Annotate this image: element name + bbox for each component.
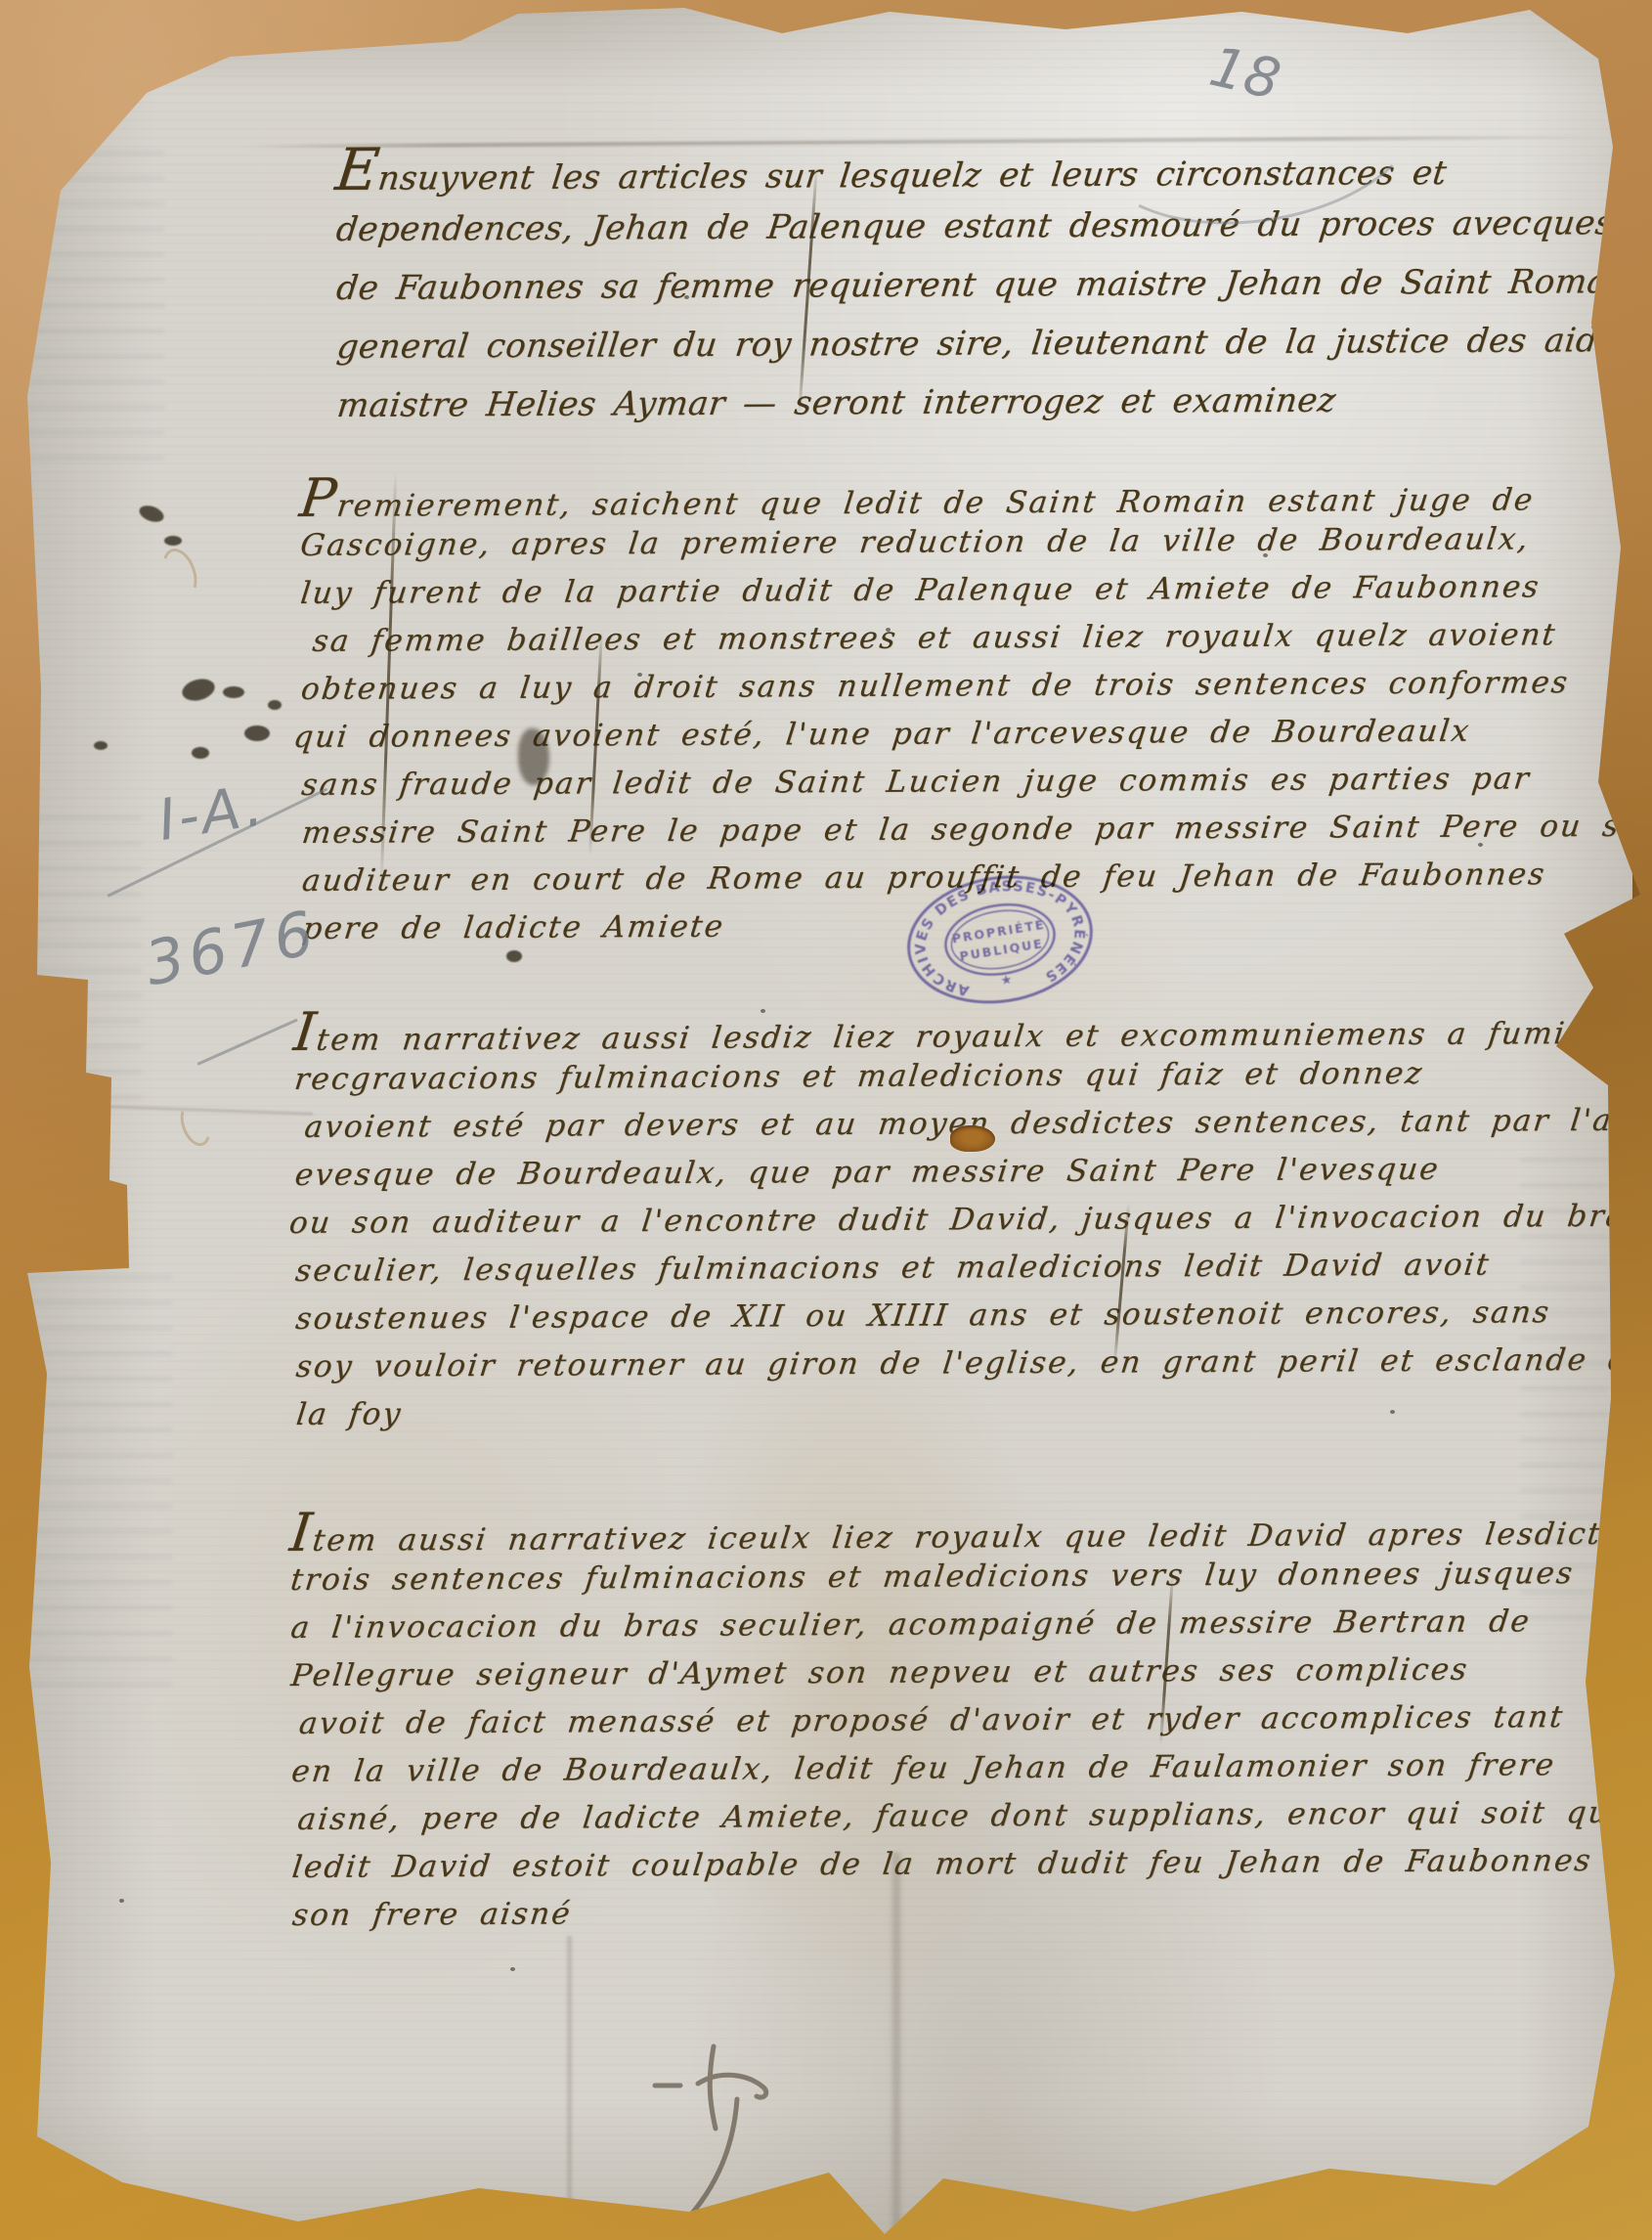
speck [761,1009,765,1013]
ink-blot [192,747,209,759]
manuscript-line: messire Saint Pere le pape et la segonde… [299,803,1652,857]
manuscript-line: soustenues l'espace de XII ou XIIII ans … [293,1289,1652,1343]
chalk-mark [156,544,203,602]
speck [1390,1410,1395,1414]
manuscript-line: seculier, lesquelles fulminacions et mal… [293,1241,1652,1296]
manuscript-line: son frere aisné [289,1885,1645,1940]
speck [1263,553,1268,557]
manuscript-line: ledit David estoit coulpable de la mort … [289,1837,1645,1892]
pencil-cote: I-A. [153,771,270,854]
manuscript-line: maistre Helies Aymar — seront interrogez… [334,370,1652,435]
pencil-underline-stroke [196,1019,298,1066]
manuscript-line: recgravacions fulminacions et maledicion… [292,1049,1652,1104]
manuscript-line: Gascoigne, apres la premiere reduction d… [298,515,1652,570]
speck [637,673,642,677]
manuscript-line: aisné, pere de ladicte Amiete, fauce don… [295,1789,1645,1844]
ink-blot [223,686,244,698]
speck [348,1316,353,1320]
manuscript-line: evesque de Bourdeaulx, que par messire S… [292,1145,1652,1200]
manuscript-line: Item aussi narrativez iceulx liez royaul… [287,1502,1643,1557]
manuscript-line: obtenues a luy a droit sans nullement de… [298,659,1652,714]
manuscript-paragraph: Item narrativez aussi lesdiz liez royaul… [291,1001,1652,1439]
manuscript-line: ou son auditeur a l'encontre dudit David… [286,1193,1652,1248]
verso-bleedthrough [25,1276,172,1687]
speck [1478,843,1483,847]
manuscript-line: Ensuyvent les articles sur lesquelz et l… [332,135,1652,200]
manuscript-line: soy vouloir retourner au giron de l'egli… [293,1337,1652,1391]
manuscript-line: Pellegrue seigneur d'Aymet son nepveu et… [288,1646,1644,1700]
stamp-star-icon: ★ [1000,973,1014,989]
manuscript-line: qui donnees avoient esté, l'une par l'ar… [291,707,1652,762]
manuscript-line: sa femme baillees et monstrees et aussi … [310,611,1652,666]
speck [886,628,891,632]
archive-stamp: ARCHIVES DES BASSES-PYRÉNÉES PROPRIÉTÉ P… [884,850,1115,1030]
chalk-mark [175,1099,216,1151]
manuscript-paragraph: Ensuyvent les articles sur lesquelz et l… [332,135,1652,435]
fold-crease [565,1936,574,2234]
speck [119,1899,124,1903]
ink-blot [137,503,166,525]
manuscript-line: dependences, Jehan de Palenque estant de… [333,194,1652,259]
manuscript-line: de Faubonnes sa femme requierent que mai… [333,252,1652,318]
manuscript-line: avoit de faict menassé et proposé d'avoi… [296,1693,1644,1748]
ink-blot [164,536,182,546]
manuscript-line: la foy [293,1384,1652,1439]
pencil-archive-number: 3676 [140,897,324,1000]
ink-blot [506,950,522,962]
ink-blot [180,676,217,704]
manuscript-line: sans fraude par ledit de Saint Lucien ju… [299,755,1652,810]
speck [684,295,689,299]
ink-smudge [518,728,549,785]
speck [510,1967,515,1971]
ink-blot [94,741,108,750]
ink-blot [268,700,282,710]
manuscript-line: luy furent de la partie dudit de Palenqu… [298,563,1652,618]
paper-hole [950,1125,995,1152]
ink-blot [244,725,270,741]
manuscript-line: trois sentences fulminacions et maledici… [288,1550,1644,1604]
manuscript-line: Premierement, saichent que ledit de Sain… [297,467,1652,522]
manuscript-line: general conseiller du roy nostre sire, l… [333,311,1652,376]
manuscript-line: en la ville de Bourdeaulx, ledit feu Jeh… [289,1741,1645,1796]
manuscript-page: Ensuyvent les articles sur lesquelz et l… [10,5,1632,2234]
manuscript-paragraph: Item aussi narrativez iceulx liez royaul… [287,1502,1639,1940]
manuscript-line: a l'invocacion du bras seculier, acompai… [288,1598,1644,1652]
